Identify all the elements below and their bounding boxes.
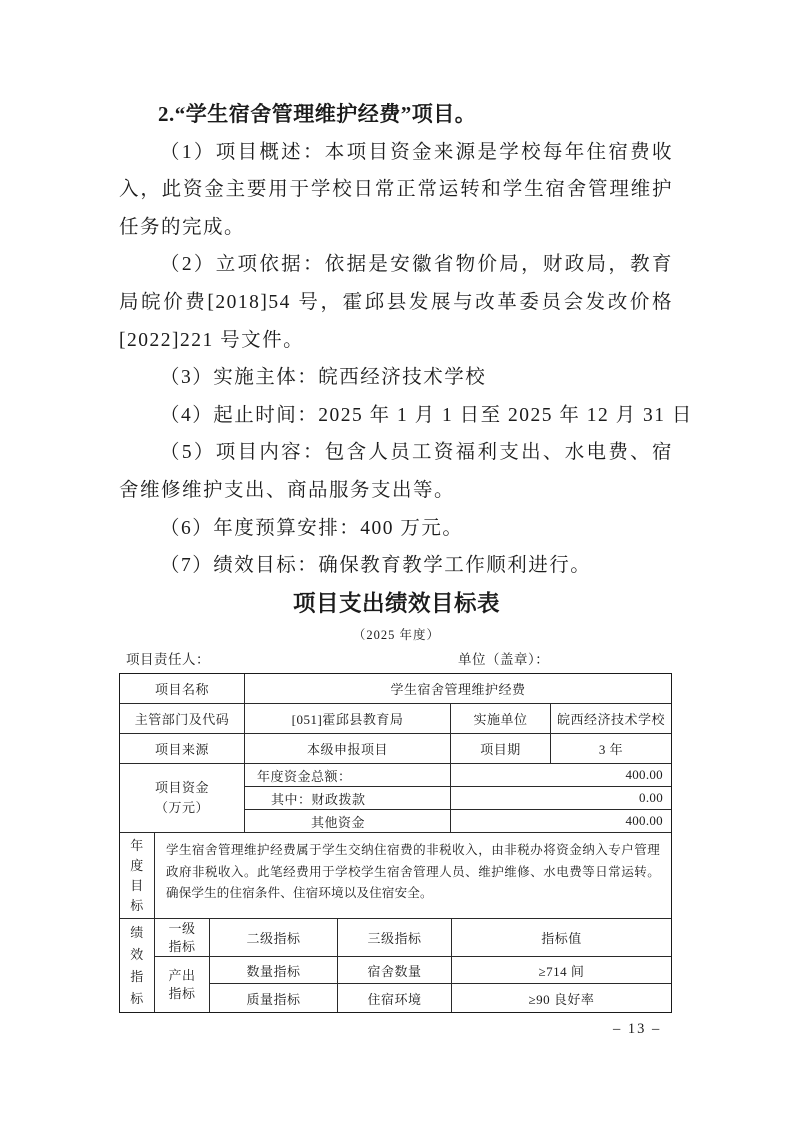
responsible-person-label: 项目责任人：: [126, 648, 210, 668]
table-row: 数量指标 宿舍数量 ≥714 间: [210, 957, 671, 984]
performance-subrows: 一级指标 二级指标 三级指标 指标值 产出指标 数量指标 宿舍数量 ≥714 间: [155, 919, 671, 1012]
page-number: – 13 –: [613, 1021, 661, 1038]
funds-other-label: 其他资金: [245, 810, 451, 833]
impl-unit-value: 皖西经济技术学校: [551, 704, 671, 734]
report-subtitle: （2025 年度）: [0, 625, 793, 643]
annual-goal-label: 年度目标: [120, 833, 155, 919]
table-row: 主管部门及代码 [051]霍邱县教育局 实施单位 皖西经济技术学校: [120, 704, 671, 734]
body-line: （6）年度预算安排：400 万元。: [119, 510, 673, 548]
unit-seal-label: 单位（盖章）：: [458, 648, 549, 668]
source-label: 项目来源: [120, 734, 245, 764]
table-row: 年度资金总额： 400.00: [245, 764, 671, 787]
period-value: 3 年: [551, 734, 671, 764]
output-indicator-group: 产出指标 数量指标 宿舍数量 ≥714 间 质量指标 住宿环境 ≥90 良好率: [155, 957, 671, 1012]
body-line: 任务的完成。: [119, 209, 673, 247]
table-row: 其他资金 400.00: [245, 810, 671, 833]
quality-indicator-name: 住宿环境: [338, 984, 452, 1012]
body-line: [2022]221 号文件。: [119, 322, 673, 360]
body-line: 局皖价费[2018]54 号，霍邱县发展与改革委员会发改价格: [119, 284, 673, 322]
level2-header: 二级指标: [210, 919, 338, 957]
table-row: 项目名称 学生宿舍管理维护经费: [120, 674, 671, 704]
funds-total-value: 400.00: [451, 764, 671, 787]
table-row: 其中：财政拨款 0.00: [245, 787, 671, 810]
funds-fiscal-label: 其中：财政拨款: [245, 787, 451, 810]
quantity-indicator-value: ≥714 间: [452, 957, 671, 983]
quality-indicator-value: ≥90 良好率: [452, 984, 671, 1012]
funds-label: 项目资金 （万元）: [120, 764, 245, 833]
funds-fiscal-value: 0.00: [451, 787, 671, 810]
body-line: （1）项目概述：本项目资金来源是学校每年住宿费收: [119, 134, 673, 172]
quality-indicator-label: 质量指标: [210, 984, 338, 1012]
body-line: （2）立项依据：依据是安徽省物价局，财政局，教育: [119, 246, 673, 284]
project-name-label: 项目名称: [120, 674, 245, 704]
funds-subrows: 年度资金总额： 400.00 其中：财政拨款 0.00 其他资金 400.00: [245, 764, 671, 833]
report-title: 项目支出绩效目标表: [0, 586, 793, 618]
body-line: （7）绩效目标：确保教育教学工作顺利进行。: [119, 547, 673, 585]
document-page: 2.“学生宿舍管理维护经费”项目。 （1）项目概述：本项目资金来源是学校每年住宿…: [0, 0, 793, 1122]
indicator-value-header: 指标值: [452, 919, 671, 957]
output-indicator-rows: 数量指标 宿舍数量 ≥714 间 质量指标 住宿环境 ≥90 良好率: [210, 957, 671, 1012]
level3-header: 三级指标: [338, 919, 452, 957]
body-line: （4）起止时间：2025 年 1 月 1 日至 2025 年 12 月 31 日: [119, 397, 673, 435]
dept-label: 主管部门及代码: [120, 704, 245, 734]
table-row: 质量指标 住宿环境 ≥90 良好率: [210, 984, 671, 1012]
section-heading: 2.“学生宿舍管理维护经费”项目。: [119, 96, 673, 134]
performance-target-table: 项目名称 学生宿舍管理维护经费 主管部门及代码 [051]霍邱县教育局 实施单位…: [119, 673, 672, 1013]
output-indicator-label: 产出指标: [155, 957, 210, 1012]
quantity-indicator-name: 宿舍数量: [338, 957, 452, 983]
source-value: 本级申报项目: [245, 734, 451, 764]
funds-total-label: 年度资金总额：: [245, 764, 451, 787]
funds-label-line2: （万元）: [155, 798, 209, 818]
dept-value: [051]霍邱县教育局: [245, 704, 451, 734]
funds-label-line1: 项目资金: [155, 778, 209, 798]
table-header-row: 一级指标 二级指标 三级指标 指标值: [155, 919, 671, 957]
project-name-value: 学生宿舍管理维护经费: [245, 674, 671, 704]
period-label: 项目期: [451, 734, 551, 764]
body-text: 2.“学生宿舍管理维护经费”项目。 （1）项目概述：本项目资金来源是学校每年住宿…: [119, 96, 673, 585]
body-line: 入，此资金主要用于学校日常正常运转和学生宿舍管理维护: [119, 171, 673, 209]
body-line: 舍维修维护支出、商品服务支出等。: [119, 472, 673, 510]
annual-goal-text: 学生宿舍管理维护经费属于学生交纳住宿费的非税收入，由非税办将资金纳入专户管理政府…: [155, 833, 671, 919]
annual-goal-row: 年度目标 学生宿舍管理维护经费属于学生交纳住宿费的非税收入，由非税办将资金纳入专…: [120, 833, 671, 919]
body-line: （3）实施主体：皖西经济技术学校: [119, 359, 673, 397]
funds-other-value: 400.00: [451, 810, 671, 833]
body-line: （5）项目内容：包含人员工资福利支出、水电费、宿: [119, 434, 673, 472]
table-row: 项目来源 本级申报项目 项目期 3 年: [120, 734, 671, 764]
funds-row-group: 项目资金 （万元） 年度资金总额： 400.00 其中：财政拨款 0.00 其他…: [120, 764, 671, 833]
impl-unit-label: 实施单位: [451, 704, 551, 734]
level1-header: 一级指标: [155, 919, 210, 957]
performance-row-group: 绩效指标 一级指标 二级指标 三级指标 指标值 产出指标: [120, 919, 671, 1012]
quantity-indicator-label: 数量指标: [210, 957, 338, 983]
performance-label: 绩效指标: [120, 919, 155, 1012]
